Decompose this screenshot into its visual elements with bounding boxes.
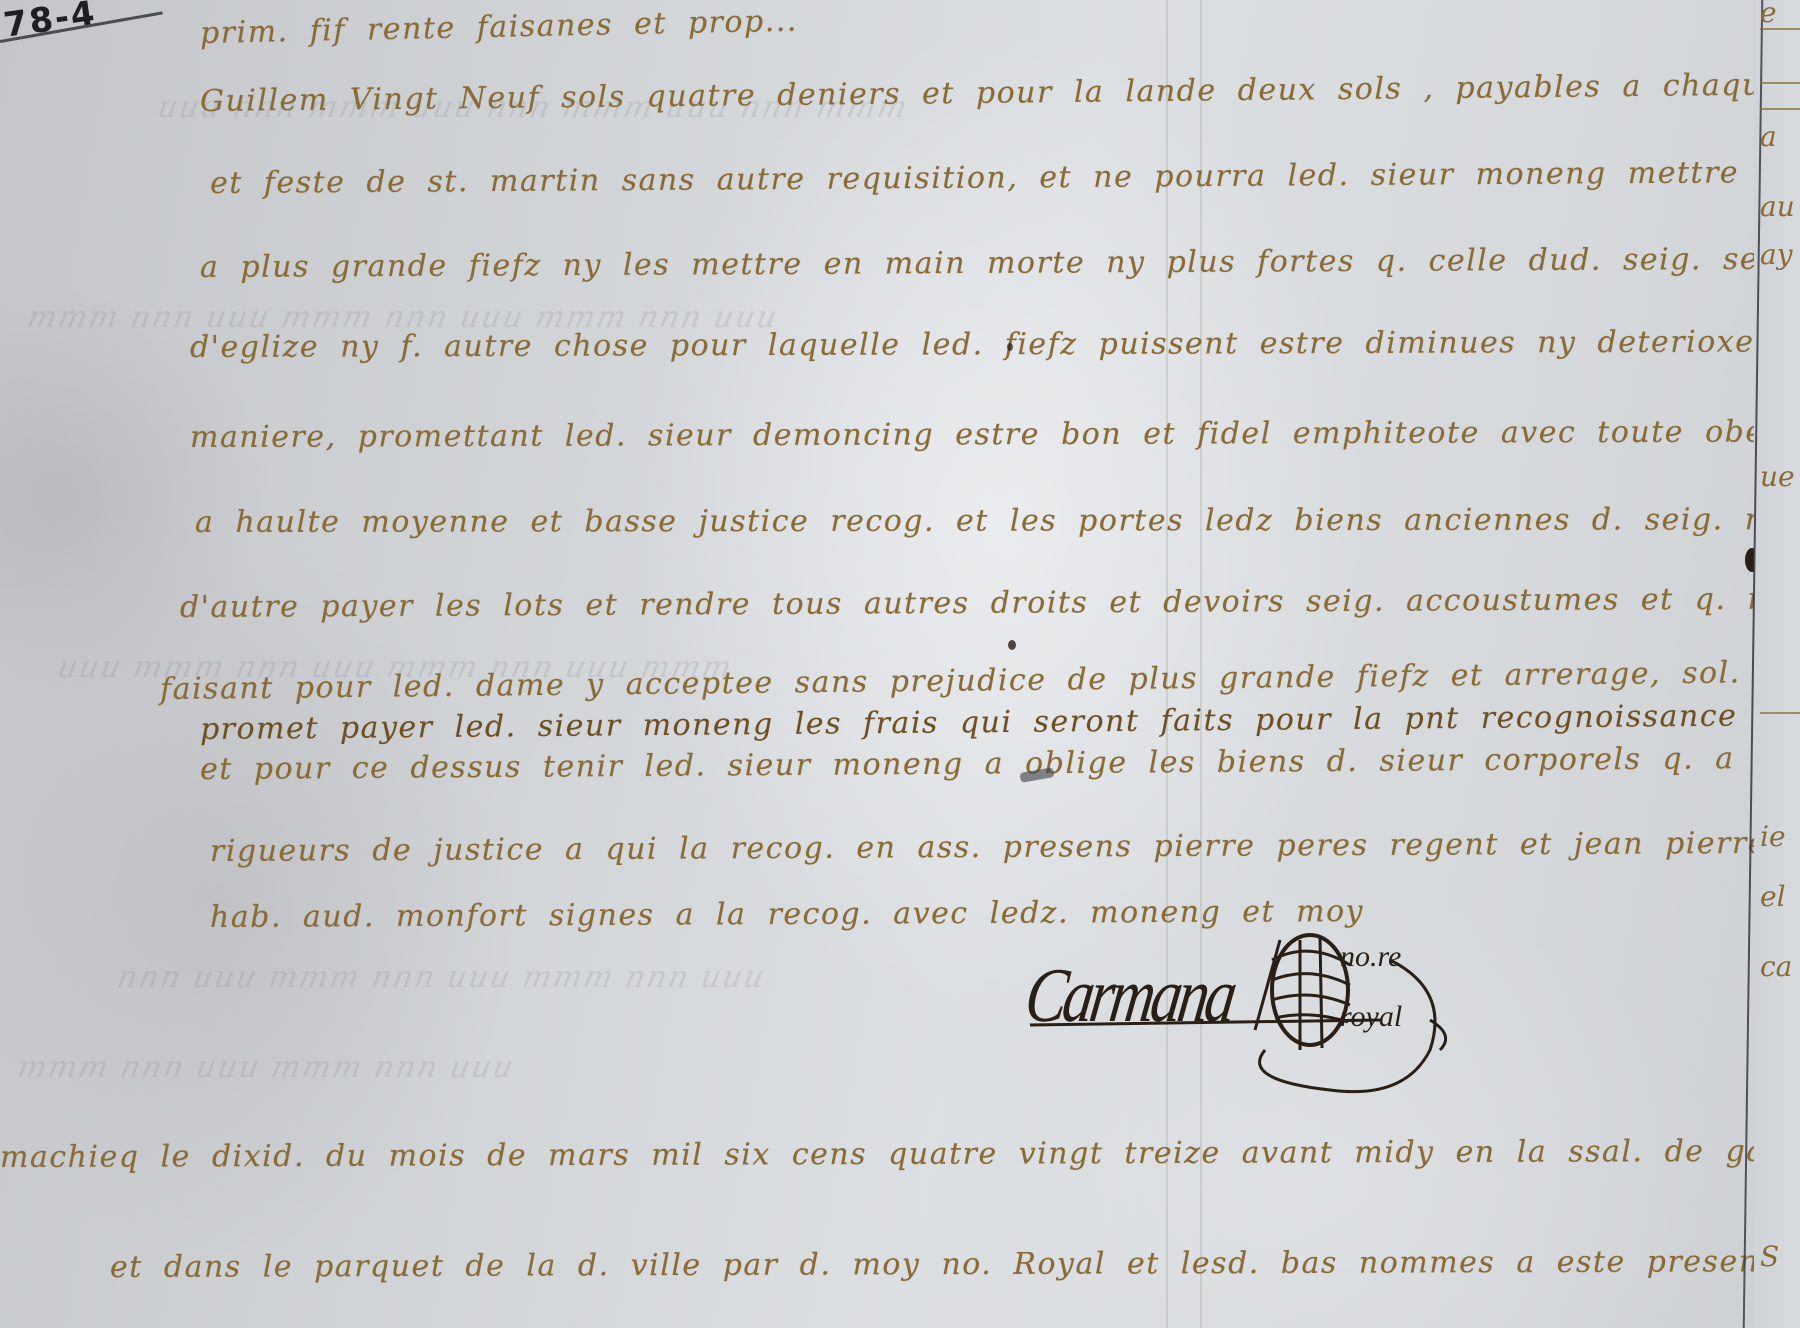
bleed-through-text: nnn uuu mmm nnn uuu mmm nnn uuu bbox=[118, 960, 769, 978]
signature-title-line-2: royal bbox=[1340, 1000, 1402, 1034]
margin-fragment: ie bbox=[1760, 820, 1786, 853]
margin-fragment: ay bbox=[1760, 238, 1793, 271]
manuscript-line: Guillem Vingt Neuf sols quatre deniers e… bbox=[200, 67, 1800, 119]
ink-blot bbox=[1007, 343, 1013, 351]
bleed-through-text: mmm nnn uuu mmm nnn uuu mmm nnn uuu bbox=[28, 300, 782, 318]
manuscript-line: rigueurs de justice a qui la recog. en a… bbox=[210, 824, 1800, 869]
signature-title-line-1: no.re bbox=[1340, 940, 1401, 974]
manuscript-line: et pour ce dessus tenir led. sieur monen… bbox=[200, 739, 1800, 787]
bleed-through-text: uuu mmm nnn uuu mmm nnn uuu mmm bbox=[58, 650, 736, 668]
signature-name: Carmana bbox=[1020, 952, 1239, 1041]
margin-fragment: el bbox=[1760, 880, 1786, 913]
manuscript-line: prim. fif rente faisanes et prop... bbox=[200, 3, 799, 51]
margin-rule bbox=[1760, 108, 1800, 110]
manuscript-line: et feste de st. martin sans autre requis… bbox=[210, 154, 1800, 201]
manuscript-line: d'eglize ny f. autre chose pour laquelle… bbox=[190, 324, 1800, 365]
bleed-through-text: mmm nnn uuu mmm nnn uuu bbox=[18, 1050, 518, 1068]
margin-fragment: S bbox=[1760, 1240, 1779, 1273]
ink-blot bbox=[1008, 640, 1016, 650]
margin-fragment: e bbox=[1760, 0, 1777, 29]
notary-signature: Carmana no.re royal bbox=[1010, 900, 1670, 1100]
margin-fragment: ca bbox=[1760, 950, 1792, 983]
manuscript-line: a haulte moyenne et basse justice recog.… bbox=[195, 502, 1800, 540]
manuscript-line: d'autre payer les lots et rendre tous au… bbox=[180, 581, 1800, 625]
manuscript-line: maniere, promettant led. sieur demoncing… bbox=[190, 414, 1800, 455]
margin-fragment: a bbox=[1760, 120, 1777, 153]
margin-rule bbox=[1760, 82, 1800, 84]
manuscript-line: machieq le dixid. du mois de mars mil si… bbox=[0, 1134, 1800, 1175]
manuscript-line: faisant pour led. dame y acceptee sans p… bbox=[160, 654, 1800, 707]
manuscript-line: et dans le parquet de la d. ville par d.… bbox=[110, 1244, 1800, 1285]
margin-fragment: au bbox=[1760, 190, 1795, 223]
manuscript-line: a plus grande fiefz ny les mettre en mai… bbox=[200, 241, 1800, 285]
margin-fragment: ue bbox=[1760, 460, 1795, 493]
margin-rule bbox=[1760, 712, 1800, 714]
